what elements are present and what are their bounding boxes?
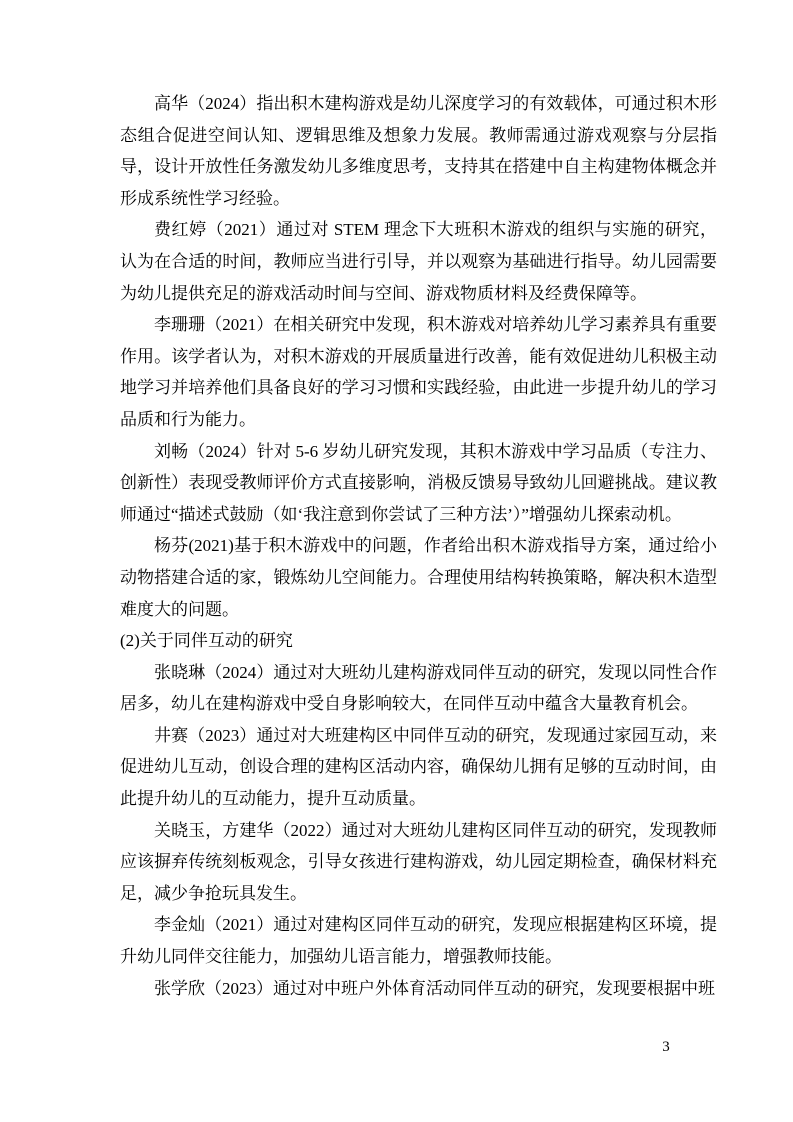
paragraph-zhangxiaolin-2024: 张晓琳（2024）通过对大班幼儿建构游戏同伴互动的研究，发现以同性合作居多，幼儿…: [120, 657, 717, 720]
paragraph-yangfen-2021: 杨芬(2021)基于积木游戏中的问题，作者给出积木游戏指导方案，通过给小动物搭建…: [120, 530, 717, 625]
paragraph-gaohua-2024: 高华（2024）指出积木建构游戏是幼儿深度学习的有效载体，可通过积木形态组合促进…: [120, 88, 717, 214]
page-number: 3: [640, 1036, 692, 1058]
paragraph-zhangxuexin-2023: 张学欣（2023）通过对中班户外体育活动同伴互动的研究，发现要根据中班: [120, 973, 717, 1005]
document-body: 高华（2024）指出积木建构游戏是幼儿深度学习的有效载体，可通过积木形态组合促进…: [120, 88, 717, 1004]
paragraph-lishanshan-2021: 李珊珊（2021）在相关研究中发现，积木游戏对培养幼儿学习素养具有重要作用。该学…: [120, 309, 717, 435]
section-heading-peer-interaction: (2)关于同伴互动的研究: [120, 625, 717, 657]
paragraph-lijincan-2021: 李金灿（2021）通过对建构区同伴互动的研究，发现应根据建构区环境，提升幼儿同伴…: [120, 909, 717, 972]
paragraph-jingsai-2023: 井赛（2023）通过对大班建构区中同伴互动的研究，发现通过家园互动，来促进幼儿互…: [120, 720, 717, 815]
paragraph-feihongting-2021: 费红婷（2021）通过对 STEM 理念下大班积木游戏的组织与实施的研究，认为在…: [120, 214, 717, 309]
paragraph-guanxiaoyu-fangjianhua-2022: 关晓玉，方建华（2022）通过对大班幼儿建构区同伴互动的研究，发现教师应该摒弃传…: [120, 815, 717, 910]
document-page: 高华（2024）指出积木建构游戏是幼儿深度学习的有效载体，可通过积木形态组合促进…: [0, 0, 793, 1122]
paragraph-liuchang-2024: 刘畅（2024）针对 5-6 岁幼儿研究发现，其积木游戏中学习品质（专注力、创新…: [120, 436, 717, 531]
